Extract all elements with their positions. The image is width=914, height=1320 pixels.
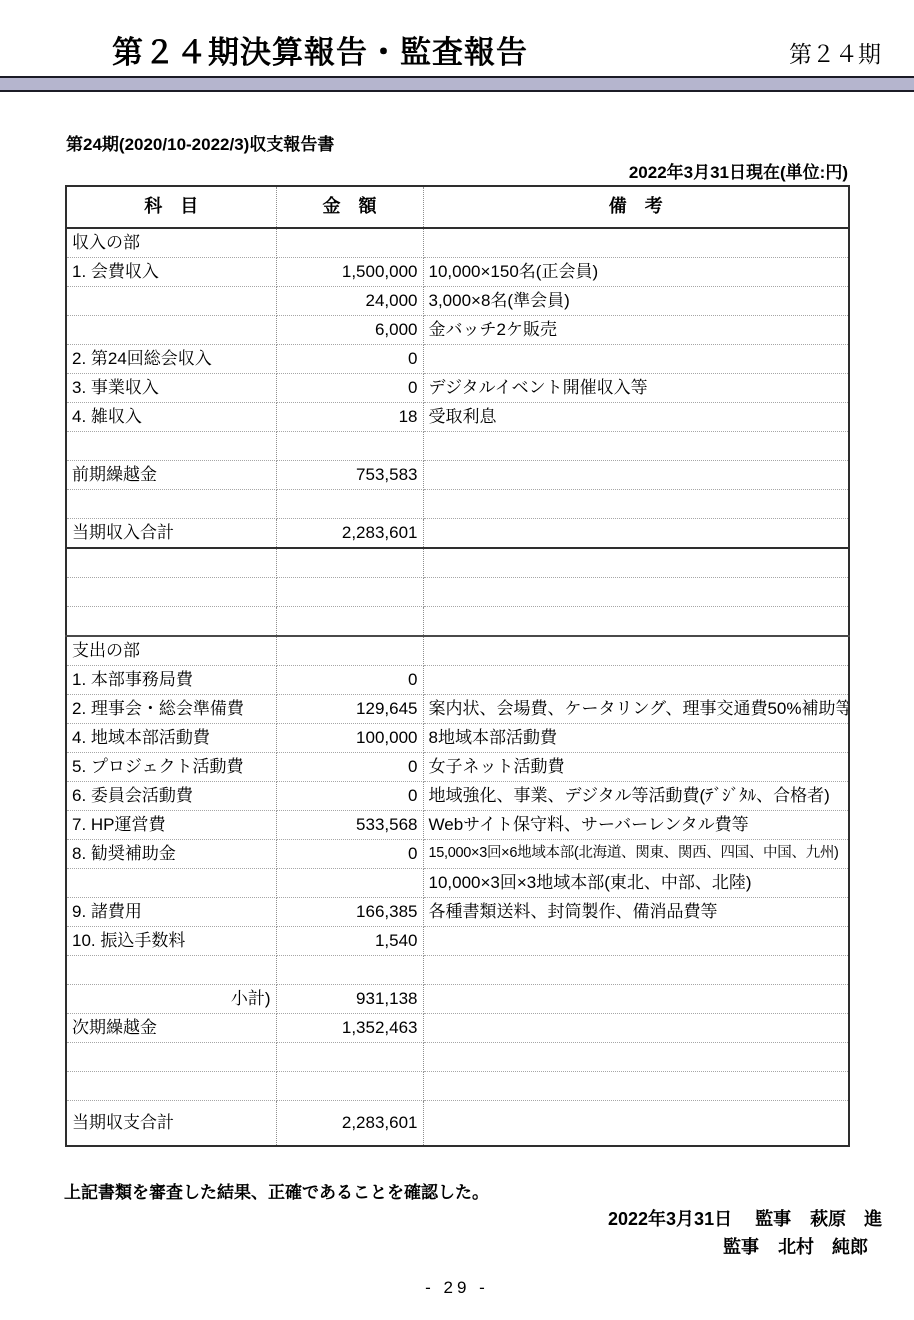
column-header-amount: 金 額 (276, 186, 423, 228)
amount-cell: 24,000 (276, 287, 423, 316)
amount-cell: 2,283,601 (276, 1101, 423, 1147)
amount-cell: 931,138 (276, 985, 423, 1014)
item-cell: 4. 地域本部活動費 (66, 724, 276, 753)
table-row: 小計)931,138 (66, 985, 849, 1014)
item-cell (66, 490, 276, 519)
table-row: 10. 振込手数料1,540 (66, 927, 849, 956)
remark-cell: デジタルイベント開催収入等 (423, 374, 849, 403)
item-cell (66, 287, 276, 316)
amount-cell (276, 636, 423, 666)
remark-cell (423, 1043, 849, 1072)
table-row: 4. 雑収入18受取利息 (66, 403, 849, 432)
table-row: 6. 委員会活動費0地域強化、事業、デジタル等活動費(ﾃﾞｼﾞﾀﾙ、合格者) (66, 782, 849, 811)
amount-cell: 18 (276, 403, 423, 432)
table-row (66, 578, 849, 607)
item-cell: 10. 振込手数料 (66, 927, 276, 956)
table-row (66, 607, 849, 637)
amount-cell: 1,500,000 (276, 258, 423, 287)
item-cell: 8. 勧奨補助金 (66, 840, 276, 869)
table-header-row: 科 目 金 額 備 考 (66, 186, 849, 228)
amount-cell: 6,000 (276, 316, 423, 345)
item-cell: 当期収支合計 (66, 1101, 276, 1147)
auditor-name: 北村 純郎 (778, 1237, 868, 1257)
amount-cell: 1,352,463 (276, 1014, 423, 1043)
remark-cell (423, 1072, 849, 1101)
remark-cell: 15,000×3回×6地域本部(北海道、関東、関西、四国、中国、九州) (423, 840, 849, 869)
table-row: 支出の部 (66, 636, 849, 666)
item-cell: 小計) (66, 985, 276, 1014)
item-cell: 次期繰越金 (66, 1014, 276, 1043)
table-row: 2. 理事会・総会準備費129,645案内状、会場費、ケータリング、理事交通費5… (66, 695, 849, 724)
amount-cell: 2,283,601 (276, 519, 423, 549)
amount-cell (276, 1072, 423, 1101)
auditor-title: 監事 (723, 1237, 759, 1257)
table-row: 6,000金バッチ2ケ販売 (66, 316, 849, 345)
amount-cell: 0 (276, 840, 423, 869)
amount-cell: 129,645 (276, 695, 423, 724)
table-row: 前期繰越金753,583 (66, 461, 849, 490)
table-row: 5. プロジェクト活動費0女子ネット活動費 (66, 753, 849, 782)
item-cell: 6. 委員会活動費 (66, 782, 276, 811)
report-subtitle: 第24期(2020/10-2022/3)収支報告書 (66, 130, 334, 155)
item-cell: 7. HP運営費 (66, 811, 276, 840)
report-page: 第２４期決算報告・監査報告 第２４期 第24期(2020/10-2022/3)収… (0, 0, 914, 1320)
table-row (66, 956, 849, 985)
table-row: 当期収支合計2,283,601 (66, 1101, 849, 1147)
amount-cell: 753,583 (276, 461, 423, 490)
remark-cell: 8地域本部活動費 (423, 724, 849, 753)
audit-confirmation-text: 上記書類を審査した結果、正確であることを確認した。 (64, 1178, 489, 1203)
item-cell: 1. 本部事務局費 (66, 666, 276, 695)
remark-cell (423, 490, 849, 519)
table-body: 収入の部1. 会費収入1,500,00010,000×150名(正会員)24,0… (66, 228, 849, 1146)
auditor-name: 萩原 進 (810, 1209, 882, 1229)
remark-cell: 受取利息 (423, 403, 849, 432)
amount-cell: 0 (276, 782, 423, 811)
amount-cell: 0 (276, 374, 423, 403)
amount-cell: 100,000 (276, 724, 423, 753)
amount-cell (276, 432, 423, 461)
remark-cell: 各種書類送料、封筒製作、備消品費等 (423, 898, 849, 927)
amount-cell: 533,568 (276, 811, 423, 840)
item-cell (66, 607, 276, 637)
remark-cell: 10,000×150名(正会員) (423, 258, 849, 287)
item-cell: 2. 第24回総会収入 (66, 345, 276, 374)
remark-cell (423, 607, 849, 637)
table-row: 1. 本部事務局費0 (66, 666, 849, 695)
signature-line: 2022年3月31日 監事 萩原 進 (608, 1205, 882, 1233)
remark-cell: 地域強化、事業、デジタル等活動費(ﾃﾞｼﾞﾀﾙ、合格者) (423, 782, 849, 811)
amount-cell (276, 956, 423, 985)
item-cell: 4. 雑収入 (66, 403, 276, 432)
remark-cell: 金バッチ2ケ販売 (423, 316, 849, 345)
remark-cell (423, 519, 849, 549)
remark-cell: 案内状、会場費、ケータリング、理事交通費50%補助等 (423, 695, 849, 724)
page-title: 第２４期決算報告・監査報告 (112, 27, 528, 72)
table-row (66, 432, 849, 461)
amount-cell (276, 490, 423, 519)
remark-cell (423, 548, 849, 578)
table-row: 7. HP運営費533,568Webサイト保守料、サーバーレンタル費等 (66, 811, 849, 840)
remark-cell (423, 578, 849, 607)
item-cell: 収入の部 (66, 228, 276, 258)
remark-cell (423, 956, 849, 985)
item-cell (66, 1072, 276, 1101)
auditor-title: 監事 (755, 1209, 791, 1229)
table-row (66, 1072, 849, 1101)
column-header-remarks: 備 考 (423, 186, 849, 228)
remark-cell (423, 666, 849, 695)
item-cell (66, 432, 276, 461)
item-cell: 1. 会費収入 (66, 258, 276, 287)
signature-line: 監事 北村 純郎 (608, 1233, 882, 1261)
item-cell (66, 316, 276, 345)
page-number: - 29 - (0, 1278, 914, 1298)
table-row (66, 490, 849, 519)
item-cell (66, 1043, 276, 1072)
table-row: 1. 会費収入1,500,00010,000×150名(正会員) (66, 258, 849, 287)
item-cell (66, 548, 276, 578)
table-row: 10,000×3回×3地域本部(東北、中部、北陸) (66, 869, 849, 898)
item-cell: 当期収入合計 (66, 519, 276, 549)
item-cell: 5. プロジェクト活動費 (66, 753, 276, 782)
amount-cell (276, 228, 423, 258)
item-cell: 3. 事業収入 (66, 374, 276, 403)
report-date-note: 2022年3月31日現在(単位:円) (629, 158, 848, 183)
remark-cell (423, 228, 849, 258)
remark-cell (423, 461, 849, 490)
remark-cell (423, 432, 849, 461)
amount-cell (276, 1043, 423, 1072)
amount-cell: 0 (276, 753, 423, 782)
amount-cell: 0 (276, 666, 423, 695)
remark-cell: Webサイト保守料、サーバーレンタル費等 (423, 811, 849, 840)
amount-cell: 0 (276, 345, 423, 374)
item-cell: 支出の部 (66, 636, 276, 666)
item-cell: 前期繰越金 (66, 461, 276, 490)
signature-date: 2022年3月31日 (608, 1209, 732, 1229)
remark-cell: 10,000×3回×3地域本部(東北、中部、北陸) (423, 869, 849, 898)
item-cell (66, 578, 276, 607)
item-cell (66, 956, 276, 985)
column-header-item: 科 目 (66, 186, 276, 228)
item-cell (66, 869, 276, 898)
table-row: 8. 勧奨補助金015,000×3回×6地域本部(北海道、関東、関西、四国、中国… (66, 840, 849, 869)
table-row (66, 1043, 849, 1072)
remark-cell (423, 1014, 849, 1043)
remark-cell: 女子ネット活動費 (423, 753, 849, 782)
table-row: 4. 地域本部活動費100,0008地域本部活動費 (66, 724, 849, 753)
amount-cell (276, 578, 423, 607)
table-row: 次期繰越金1,352,463 (66, 1014, 849, 1043)
item-cell: 9. 諸費用 (66, 898, 276, 927)
remark-cell (423, 1101, 849, 1147)
table-row: 3. 事業収入0デジタルイベント開催収入等 (66, 374, 849, 403)
accent-divider-bar (0, 76, 914, 92)
period-label: 第２４期 (789, 36, 881, 69)
item-cell: 2. 理事会・総会準備費 (66, 695, 276, 724)
remark-cell (423, 927, 849, 956)
amount-cell: 1,540 (276, 927, 423, 956)
amount-cell (276, 548, 423, 578)
signature-block: 2022年3月31日 監事 萩原 進 監事 北村 純郎 (608, 1205, 882, 1261)
amount-cell (276, 869, 423, 898)
table-row: 当期収入合計2,283,601 (66, 519, 849, 549)
table-row: 2. 第24回総会収入0 (66, 345, 849, 374)
income-expense-table: 科 目 金 額 備 考 収入の部1. 会費収入1,500,00010,000×1… (65, 185, 850, 1147)
remark-cell: 3,000×8名(準会員) (423, 287, 849, 316)
remark-cell (423, 636, 849, 666)
table-row: 9. 諸費用166,385各種書類送料、封筒製作、備消品費等 (66, 898, 849, 927)
remark-cell (423, 345, 849, 374)
table-row: 24,0003,000×8名(準会員) (66, 287, 849, 316)
remark-cell (423, 985, 849, 1014)
table-row: 収入の部 (66, 228, 849, 258)
amount-cell: 166,385 (276, 898, 423, 927)
amount-cell (276, 607, 423, 637)
table-row (66, 548, 849, 578)
